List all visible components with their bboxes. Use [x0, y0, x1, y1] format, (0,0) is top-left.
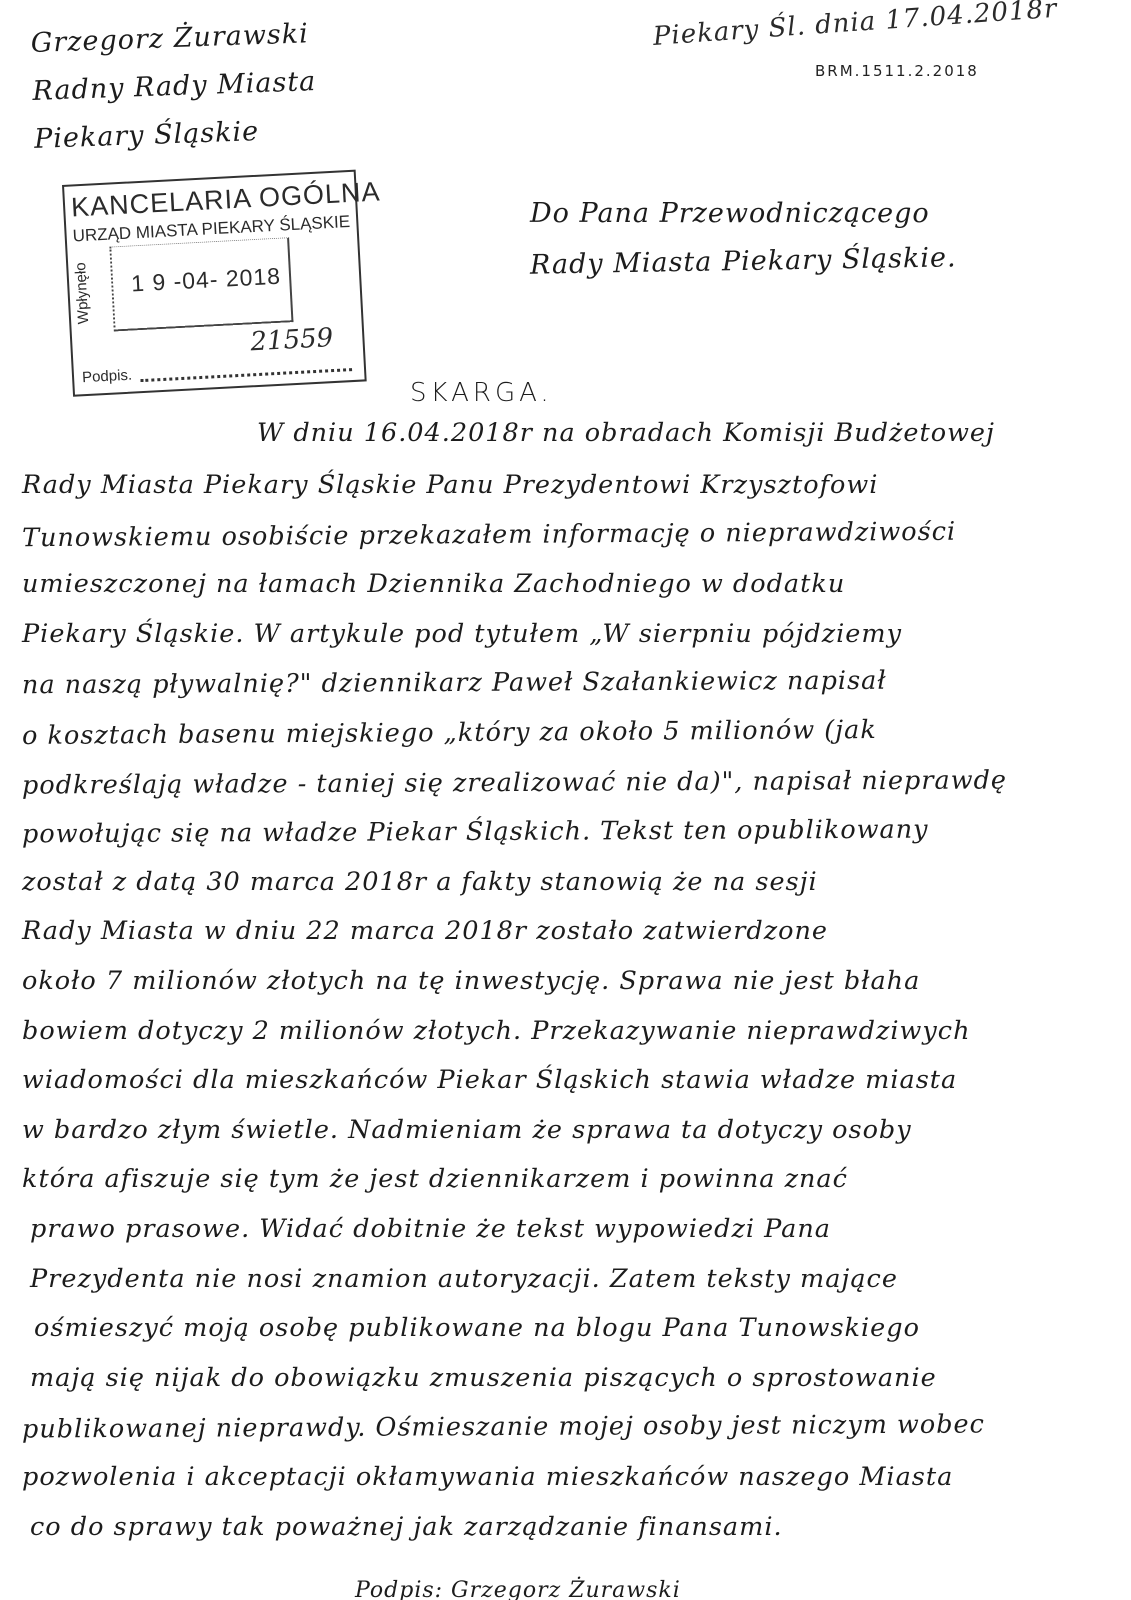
body-line: na naszą pływalnię?" dziennikarz Paweł S…: [22, 666, 887, 701]
place-and-date: Piekary Śl. dnia 17.04.2018r: [652, 0, 1058, 52]
addressee-block: Do Pana Przewodniczącego Rady Miasta Pie…: [530, 190, 957, 286]
body-line: Prezydenta nie nosi znamion autoryzacji.…: [30, 1264, 898, 1294]
body-line: wiadomości dla mieszkańców Piekar Śląski…: [22, 1065, 957, 1095]
body-line: podkreślają władze - taniej się zrealizo…: [22, 765, 1007, 800]
sender-block: Grzegorz Żurawski Radny Rady Miasta Piek…: [30, 10, 319, 164]
body-line: prawo prasowe. Widać dobitnie że tekst w…: [30, 1214, 831, 1244]
registry-stamp: KANCELARIA OGÓLNA URZĄD MIASTA PIEKARY Ś…: [62, 170, 367, 397]
body-line: Rady Miasta Piekary Śląskie Panu Prezyde…: [22, 470, 878, 500]
body-line: pozwolenia i akceptacji okłamywania mies…: [22, 1462, 953, 1492]
body-line: która afiszuje się tym że jest dziennika…: [22, 1164, 848, 1194]
body-line: został z datą 30 marca 2018r a fakty sta…: [22, 867, 818, 897]
reference-number: BRM.1511.2.2018: [815, 62, 979, 80]
body-line: W dniu 16.04.2018r na obradach Komisji B…: [257, 418, 995, 448]
body-line: Tunowskiemu osobiście przekazałem inform…: [22, 516, 956, 553]
body-line: Piekary Śląskie. W artykule pod tytułem …: [22, 619, 902, 649]
stamp-signature-line: [140, 368, 352, 382]
body-line: mają się nijak do obowiązku zmuszenia pi…: [30, 1363, 937, 1393]
addressee-line-2: Rady Miasta Piekary Śląskie.: [530, 234, 957, 289]
body-line: około 7 milionów złotych na tę inwestycj…: [22, 966, 920, 996]
stamp-received-label: Wpłynęło: [72, 262, 92, 325]
body-line: bowiem dotyczy 2 milionów złotych. Przek…: [22, 1016, 971, 1046]
body-line: ośmieszyć moją osobę publikowane na blog…: [34, 1313, 920, 1343]
stamp-date: 1 9 -04- 2018: [131, 263, 282, 298]
stamp-registry-number: 21559: [250, 323, 334, 357]
body-line: publikowanej nieprawdy. Ośmieszanie moje…: [22, 1410, 985, 1445]
signature: Podpis: Grzegorz Żurawski: [355, 1578, 681, 1600]
stamp-signature-label: Podpis.: [82, 367, 133, 387]
addressee-line-1: Do Pana Przewodniczącego: [530, 190, 957, 238]
sender-city: Piekary Śląskie: [33, 106, 318, 164]
body-line: powołując się na władze Piekar Śląskich.…: [22, 815, 929, 850]
body-line: umieszczonej na łamach Dziennika Zachodn…: [22, 569, 845, 599]
body-line: w bardzo złym świetle. Nadmieniam że spr…: [22, 1115, 912, 1145]
body-line: Rady Miasta w dniu 22 marca 2018r został…: [22, 916, 828, 946]
stamp-date-box: 1 9 -04- 2018: [109, 237, 293, 331]
document-title: SKARGA.: [410, 378, 553, 408]
sender-position: Radny Rady Miasta: [32, 58, 317, 116]
body-line: co do sprawy tak poważnej jak zarządzani…: [30, 1512, 783, 1542]
body-line: o kosztach basenu miejskiego „który za o…: [22, 715, 877, 751]
